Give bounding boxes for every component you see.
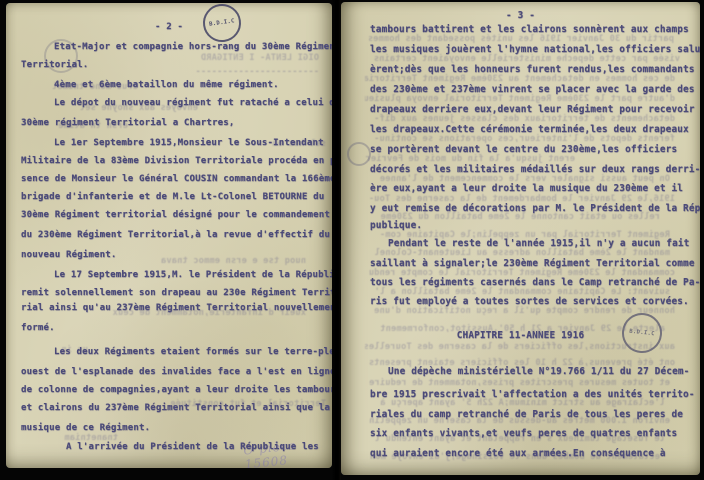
bleedthrough-text: OIGI LENTA- I ENTIGARD [144, 53, 319, 63]
bleedthrough-text: alerte le 29 Janvier a 21 h 50'.Aussitot… [365, 324, 665, 334]
typewritten-line: musique de ce Régiment. [21, 423, 150, 433]
bleedthrough-text: Regiment Territorial par un zeppelin;le … [365, 230, 670, 240]
bleedthrough-text: de ces hommes en detachement au 230ème R… [365, 74, 675, 84]
page-seam [332, 0, 341, 480]
typewritten-line: A l'arrivée du Président de la Républiqu… [66, 442, 319, 452]
bdic-stamp-label: B.D.I.C [209, 18, 235, 28]
typewritten-line: de colonne de compagnies,ayant a leur dr… [21, 385, 332, 395]
bleedthrough-text: ----------------------- [144, 67, 319, 77]
typewritten-line: formé. [21, 323, 55, 333]
bleedthrough-text: honneur de rendre compte qu'il a reçu no… [365, 306, 675, 316]
bleedthrough-text: relles ou etait cantonne le 2ème bataill… [365, 212, 660, 222]
bleedthrough-text: ferents depots de l'interieur,ces operat… [365, 134, 675, 144]
bleedthrough-text: l'eclairage au strict minimum;A 22h 5' a… [365, 398, 665, 408]
bleedthrough-text: tnanetniam [8, 433, 118, 443]
bleedthrough-text: eclatement de bombes dans le voisinage,j… [365, 452, 660, 462]
typewritten-line: 30ème Régiment territorial désigné pour … [21, 210, 330, 220]
typewritten-line: ouest de l'esplanade des invalides face … [21, 367, 332, 377]
bleedthrough-text: ersn tn alime [8, 121, 128, 131]
bleedthrough-text: ont été prevenus,à 22 h 10 les officiers… [365, 358, 675, 368]
bleedthrough-text: mandant le 2ème bataillon adresse au Lie… [365, 248, 670, 258]
typewritten-line: remit solennellement son drapeau au 230e… [21, 288, 332, 298]
bleedthrough-text: suivant: Le Capitaine commandant le 2ème… [365, 287, 670, 297]
typewritten-line: Militaire de la 83ème Division Territori… [21, 156, 332, 166]
page-number-left: - 2 - [6, 22, 332, 32]
bleedthrough-text: un in [8, 345, 88, 355]
page-right: - 3 - B.D.I.C tambours battirent et les … [341, 2, 700, 475]
bleedthrough-text: envoyés aux snoyne sel [8, 103, 198, 113]
typewritten-line: Le 17 Septembre 1915,M. le Président de … [54, 270, 332, 280]
bdic-stamp: B.D.I.C [201, 3, 244, 44]
bleedthrough-text: xueir d'infanterie,notamment de ceux [36, 308, 306, 318]
bleedthrough-text: nuoq tse e ersn emmoc tnava [66, 256, 306, 266]
bleedthrough-text: partir du 30 Janvier 1916 les unités pos… [369, 34, 674, 44]
bleedthrough-text: erent jusqu'a la fin du mois de Fevrier. [365, 154, 575, 164]
typewritten-line: ère eux,ayant a leur droite la musique d… [370, 183, 683, 194]
bleedthrough-text: et toutes mesures prescrites prises,nota… [365, 378, 670, 388]
typewritten-line: du 230ème Régiment Territorial,à la revu… [21, 230, 330, 240]
bleedthrough-text: erus mene tnemel [8, 82, 138, 92]
typewritten-line: sence de Monsieur le Général COUSIN comm… [21, 174, 332, 184]
typewritten-line: Etat-Major et compagnie hors-rang du 30è… [54, 42, 332, 52]
typewritten-line: brigade d'infanterie et de M.le Lt-Colon… [21, 192, 324, 202]
bleedthrough-text: le fuselage lumineux s'en rappelant et a… [365, 434, 665, 444]
bleedthrough-text: aux instructions,les officiers de la cas… [365, 342, 675, 352]
bleedthrough-text: sel kos em [206, 139, 326, 149]
document-scan: - 2 - B.D.I.C O pièce 15608 Etat-Major e… [0, 0, 704, 480]
bleedthrough-text: 1916,le 29 Janvier le bombardement de la… [365, 194, 675, 204]
bleedthrough-text: visée par cette depeche ministerielle en… [365, 54, 680, 64]
page-left: - 2 - B.D.I.C O pièce 15608 Etat-Major e… [6, 3, 332, 468]
bleedthrough-text: detachements de territoriaux des classes… [365, 114, 675, 124]
bleedthrough-text: d'autre part le 230ème Regiment Territor… [365, 94, 675, 104]
bleedthrough-text: On peut aussi signaler vers le commencem… [365, 174, 670, 184]
bleedthrough-text: commandant le 230ème Regiment Territoria… [365, 268, 675, 278]
bleedthrough-text: Territorial et fut constituée [171, 399, 326, 409]
typewritten-line: Territorial. [21, 60, 88, 70]
page-number-right: - 3 - [341, 10, 700, 21]
bleedthrough-text: environ 1.000 metres au-dessus de la cas… [365, 416, 670, 426]
typewritten-line: Les deux Régiments etaient formés sur le… [54, 347, 332, 357]
